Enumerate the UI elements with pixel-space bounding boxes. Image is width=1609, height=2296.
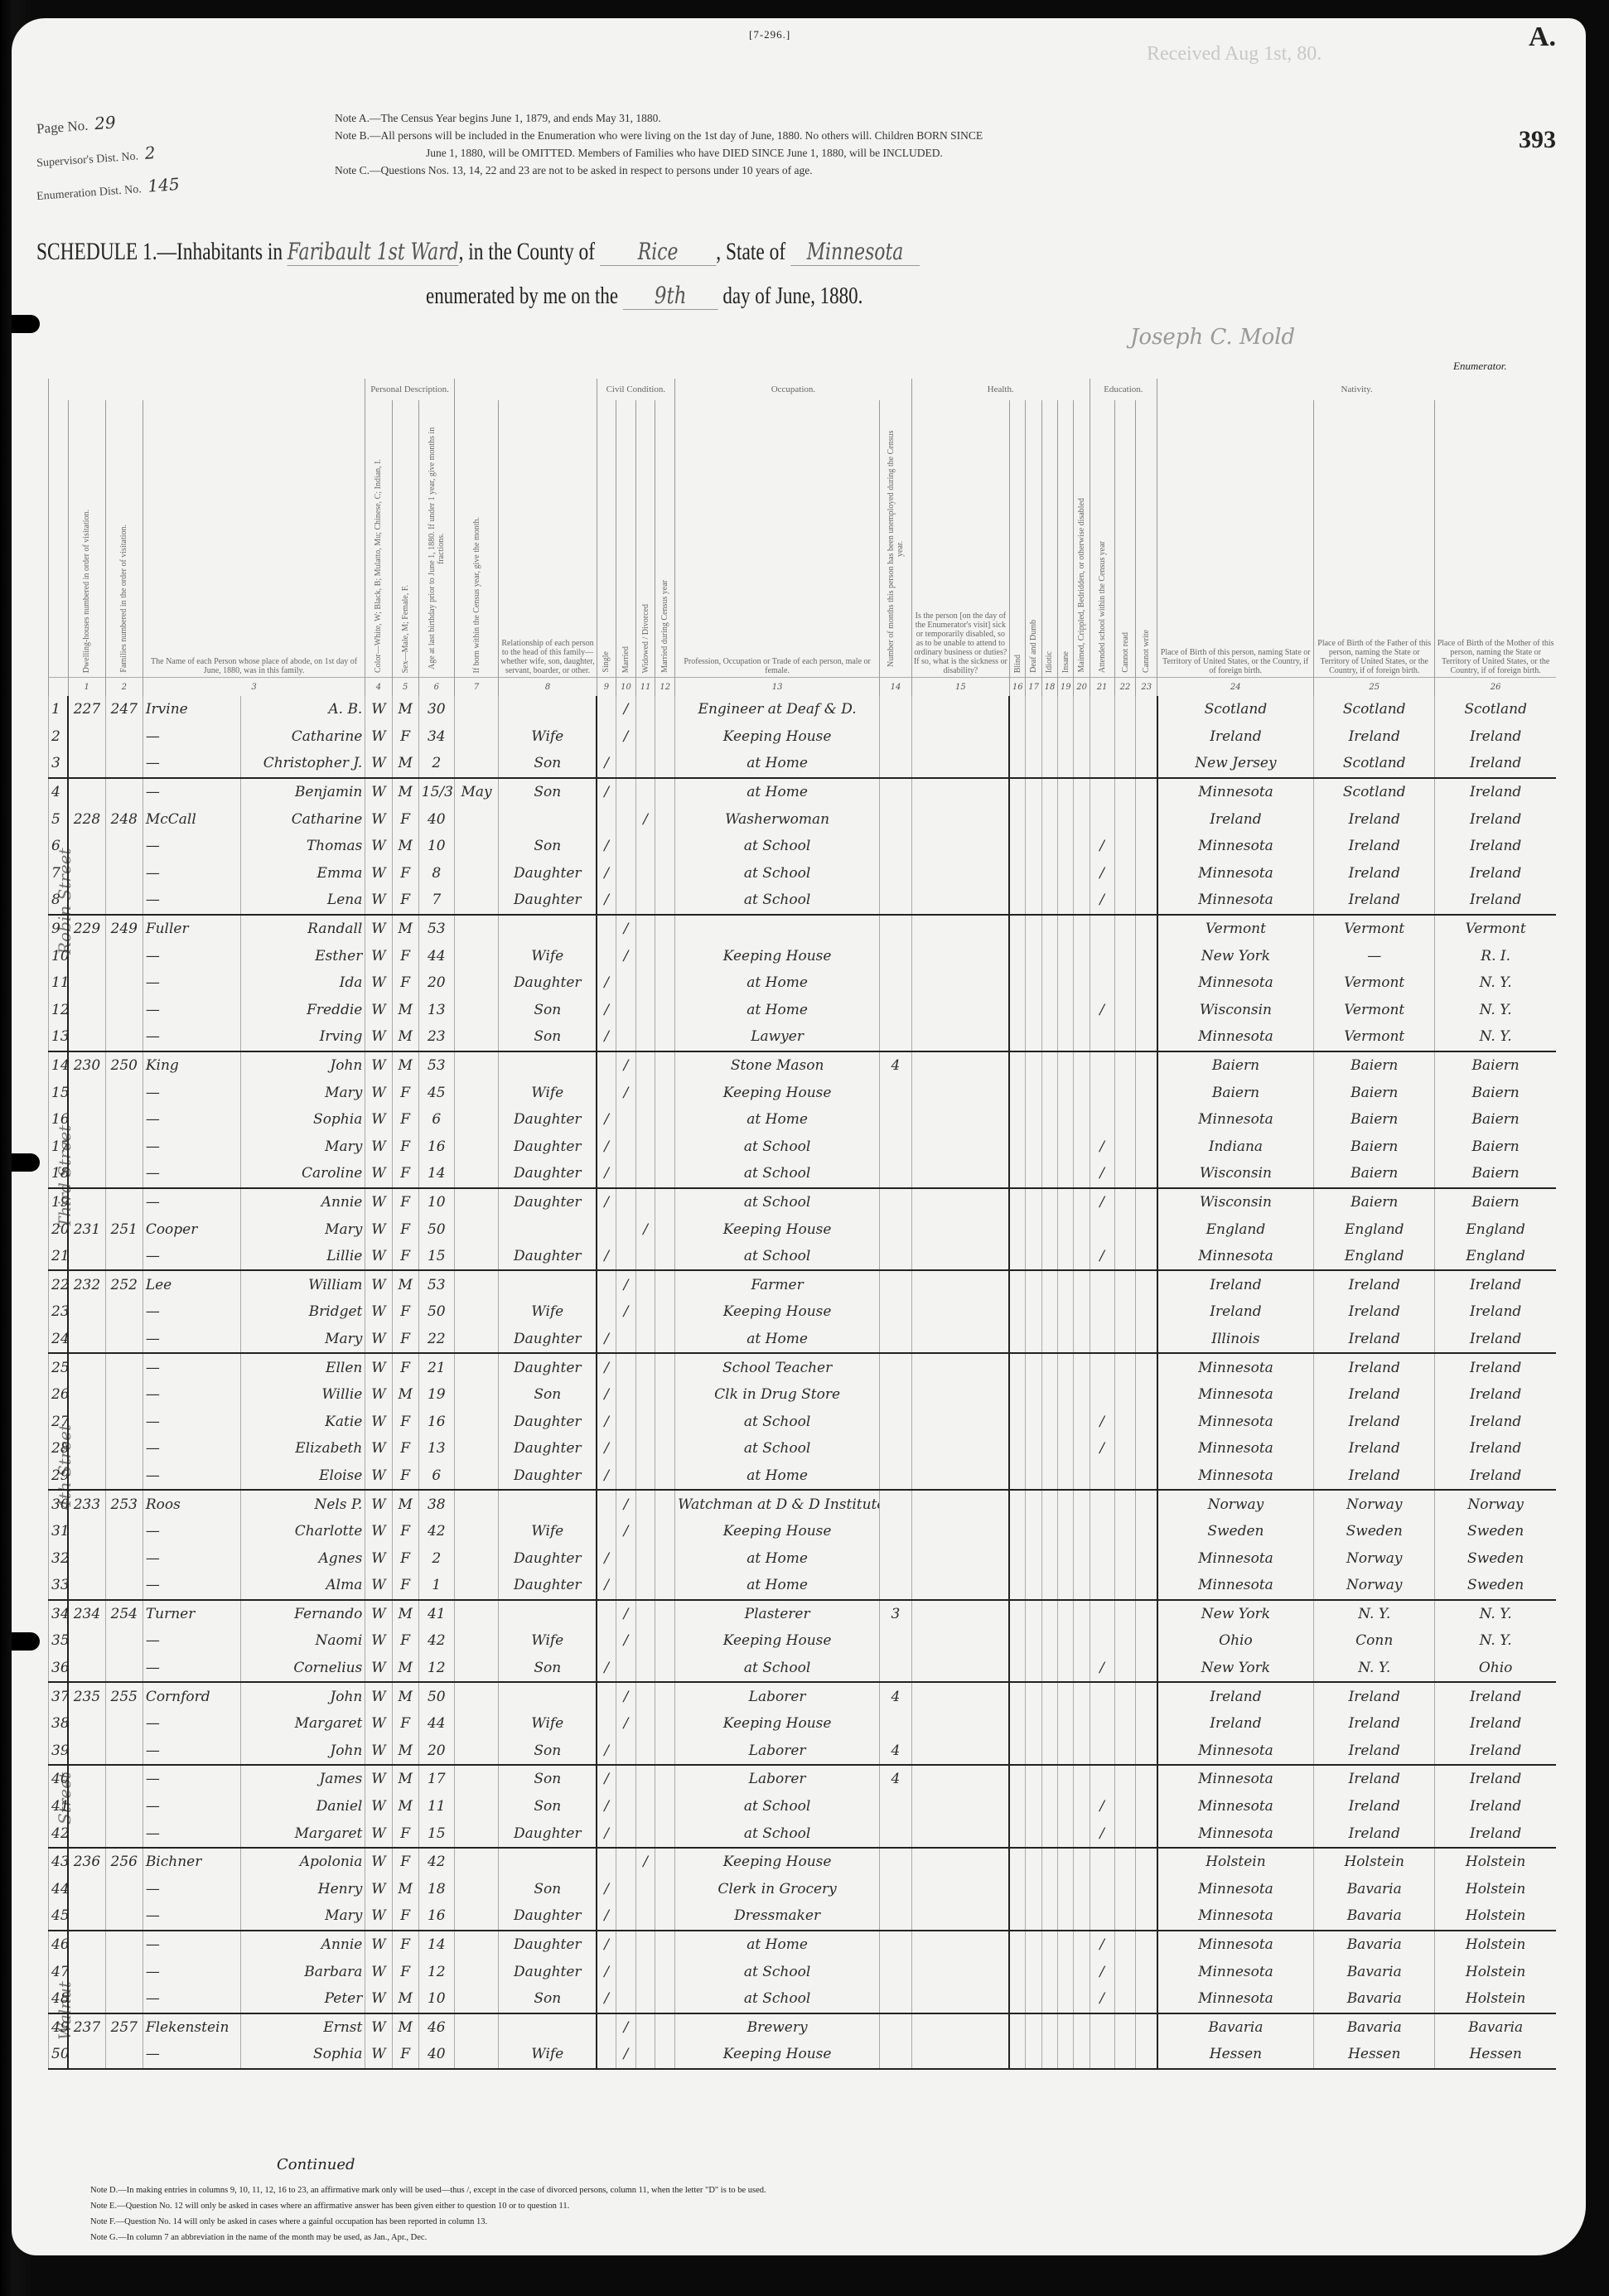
cell-relation: Daughter [499,1133,597,1161]
cell-empty [911,1876,1009,1903]
cell-empty [1136,1793,1157,1820]
cell-empty [655,1160,675,1188]
cell-single: / [597,1876,616,1903]
cell-surname: — [143,2041,240,2069]
cell-occupation: at Home [675,1326,880,1354]
cell-single: / [597,1023,616,1051]
cell-empty [1009,1902,1025,1931]
cell-empty [1114,1793,1136,1820]
cell-empty [1074,1490,1090,1518]
cell-empty [1136,1462,1157,1491]
cell-dwelling: 229 [68,915,105,943]
cell-empty [1026,1106,1041,1133]
cell-empty [655,833,675,860]
cell-father: Ireland [1314,1381,1435,1409]
cell-empty [1026,1738,1041,1766]
cell-married [616,1326,636,1354]
cell-mother: N. Y. [1435,969,1556,997]
column-header-19: Insane [1057,400,1073,678]
cell-empty [1114,1353,1136,1381]
table-row: 6—ThomasWM10Son/at School/MinnesotaIrela… [49,833,1557,860]
cell-father: Ireland [1314,723,1435,751]
cell-line: 34 [49,1600,69,1628]
column-number-22: 22 [1114,678,1136,697]
cell-relation: Daughter [499,1188,597,1216]
cell-line: 21 [49,1243,69,1271]
cell-line: 45 [49,1902,69,1931]
cell-empty [1136,1572,1157,1600]
cell-empty [655,1682,675,1710]
cell-empty [1057,1079,1073,1106]
cell-color: W [365,1820,392,1848]
cell-empty [1057,833,1073,860]
cell-mother: Norway [1435,1490,1556,1518]
cell-month [454,1408,499,1435]
cell-sex: F [392,723,418,751]
cell-dwelling: 231 [68,1216,105,1243]
cell-widowed [635,1408,655,1435]
cell-line: 22 [49,1270,69,1298]
cell-mother: Ireland [1435,1381,1556,1409]
cell-school [1090,1765,1114,1793]
cell-age: 40 [418,805,454,833]
cell-sex: F [392,1243,418,1271]
cell-family [105,1023,143,1051]
cell-unemployed [880,1490,912,1518]
cell-relation: Son [499,1765,597,1793]
column-header-23: Cannot write [1136,400,1157,678]
cell-relation [499,805,597,833]
cell-birth: Minnesota [1157,778,1314,806]
cell-month [454,1518,499,1545]
cell-occupation: Washerwoman [675,805,880,833]
cell-empty [1041,696,1057,723]
cell-month [454,1902,499,1931]
cell-birth: Ireland [1157,1298,1314,1326]
cell-married: / [616,1600,636,1628]
cell-empty [1009,833,1025,860]
cell-father: Norway [1314,1572,1435,1600]
cell-school [1090,1600,1114,1628]
cell-surname: — [143,860,240,887]
cell-month [454,696,499,723]
cell-birth: Ireland [1157,1682,1314,1710]
cell-relation: Daughter [499,1958,597,1985]
cell-given: Elizabeth [240,1435,365,1462]
cell-single: / [597,1902,616,1931]
column-number-24: 24 [1157,678,1314,697]
cell-school [1090,1270,1114,1298]
cell-empty [1074,1188,1090,1216]
table-row: 15—MaryWF45Wife/Keeping HouseBaiernBaier… [49,1079,1557,1106]
cell-age: 42 [418,1518,454,1545]
cell-single [597,696,616,723]
cell-birth: Minnesota [1157,1820,1314,1848]
cell-line: 19 [49,1188,69,1216]
cell-line: 2 [49,723,69,751]
cell-unemployed [880,1216,912,1243]
cell-unemployed [880,1435,912,1462]
cell-birth: Scotland [1157,696,1314,723]
cell-month [454,1820,499,1848]
cell-month [454,1490,499,1518]
cell-sex: M [392,1023,418,1051]
cell-married [616,1023,636,1051]
column-header-1: Dwelling-houses numbered in order of vis… [68,400,105,678]
cell-line: 33 [49,1572,69,1600]
cell-widowed [635,1985,655,2013]
cell-sex: F [392,1931,418,1959]
cell-relation: Son [499,1738,597,1766]
cell-surname: — [143,1160,240,1188]
cell-empty [1057,1518,1073,1545]
cell-empty [1057,778,1073,806]
cell-month [454,1682,499,1710]
cell-school [1090,969,1114,997]
cell-empty [1041,1270,1057,1298]
cell-occupation: Lawyer [675,1023,880,1051]
cell-color: W [365,1408,392,1435]
cell-empty [1041,997,1057,1024]
cell-empty [1026,1793,1041,1820]
cell-empty [1074,1133,1090,1161]
cell-empty [1136,1820,1157,1848]
cell-single: / [597,1435,616,1462]
cell-empty [1114,1902,1136,1931]
cell-empty [1074,1381,1090,1409]
cell-empty [655,1079,675,1106]
cell-empty [655,1353,675,1381]
cell-married: / [616,1079,636,1106]
cell-empty [1057,1600,1073,1628]
cell-dwelling: 234 [68,1600,105,1628]
cell-dwelling [68,1106,105,1133]
cell-mother: Bavaria [1435,2013,1556,2042]
cell-age: 53 [418,915,454,943]
cell-widowed [635,1765,655,1793]
cell-empty [1009,1216,1025,1243]
cell-age: 6 [418,1462,454,1491]
cell-married [616,1408,636,1435]
supervisor-dist-value: 2 [144,143,156,163]
cell-occupation: Keeping House [675,1298,880,1326]
cell-widowed: / [635,1216,655,1243]
enumeration-dist: Enumeration Dist. No.145 [36,174,180,204]
cell-single [597,723,616,751]
cell-surname: — [143,1326,240,1354]
cell-family [105,1188,143,1216]
cell-given: Ida [240,969,365,997]
cell-empty [1026,942,1041,969]
cell-widowed: / [635,805,655,833]
column-header-14: Number of months this person has been un… [880,400,912,678]
cell-widowed [635,778,655,806]
cell-widowed [635,750,655,778]
cell-widowed: / [635,1848,655,1876]
cell-sex: M [392,1655,418,1683]
cell-school: / [1090,1820,1114,1848]
cell-empty [1041,778,1057,806]
cell-father: Ireland [1314,1462,1435,1491]
cell-age: 42 [418,1627,454,1655]
column-header-26: Place of Birth of the Mother of this per… [1435,400,1556,678]
cell-relation: Wife [499,723,597,751]
cell-surname: — [143,1106,240,1133]
cell-surname: Flekenstein [143,2013,240,2042]
cell-empty [655,2013,675,2042]
cell-color: W [365,1435,392,1462]
cell-single: / [597,750,616,778]
cell-empty [1114,2041,1136,2069]
cell-empty [1114,1270,1136,1298]
cell-color: W [365,942,392,969]
cell-mother: Ireland [1435,778,1556,806]
cell-empty [1114,1435,1136,1462]
cell-dwelling [68,1188,105,1216]
cell-month [454,1079,499,1106]
cell-school [1090,1682,1114,1710]
cell-dwelling [68,860,105,887]
cell-empty [1026,1902,1041,1931]
cell-empty [1041,860,1057,887]
cell-empty [1026,969,1041,997]
cell-mother: Baiern [1435,1188,1556,1216]
cell-empty [1009,1710,1025,1738]
cell-married: / [616,1627,636,1655]
cell-empty [1009,1298,1025,1326]
cell-empty [1057,860,1073,887]
cell-empty [1057,1106,1073,1133]
cell-month [454,887,499,915]
cell-relation [499,1051,597,1080]
cell-given: Margaret [240,1710,365,1738]
cell-surname: — [143,887,240,915]
cell-color: W [365,1793,392,1820]
cell-sex: F [392,1902,418,1931]
cell-occupation: at School [675,860,880,887]
cell-unemployed [880,1820,912,1848]
cell-empty [1114,1765,1136,1793]
cell-married [616,1544,636,1572]
cell-unemployed [880,1023,912,1051]
cell-father: Ireland [1314,1353,1435,1381]
cell-month [454,1848,499,1876]
cell-empty [655,942,675,969]
cell-unemployed [880,1931,912,1959]
cell-birth: Ohio [1157,1627,1314,1655]
cell-occupation: at School [675,1820,880,1848]
cell-empty [911,1985,1009,2013]
cell-empty [911,2041,1009,2069]
cell-dwelling [68,997,105,1024]
cell-unemployed [880,1133,912,1161]
cell-empty [1041,1298,1057,1326]
column-number-4: 4 [365,678,392,697]
cell-empty [1114,1023,1136,1051]
cell-father: Bavaria [1314,1931,1435,1959]
cell-empty [1026,1572,1041,1600]
cell-line: 5 [49,805,69,833]
cell-given: Caroline [240,1160,365,1188]
cell-empty [1057,2041,1073,2069]
cell-mother: Ireland [1435,1326,1556,1354]
cell-empty [1026,1682,1041,1710]
cell-empty [1057,1710,1073,1738]
table-row: 25—EllenWF21Daughter/School TeacherMinne… [49,1353,1557,1381]
cell-married: / [616,942,636,969]
cell-given: Cornelius [240,1655,365,1683]
cell-mother: Sweden [1435,1518,1556,1545]
table-row: 4—BenjaminWM15/30MaySon/at HomeMinnesota… [49,778,1557,806]
cell-relation: Daughter [499,1931,597,1959]
cell-unemployed [880,915,912,943]
cell-father: Ireland [1314,860,1435,887]
cell-birth: Bavaria [1157,2013,1314,2042]
cell-married: / [616,1490,636,1518]
cell-unemployed [880,1298,912,1326]
table-row: 22232252LeeWilliamWM53/FarmerIrelandIrel… [49,1270,1557,1298]
cell-single [597,1490,616,1518]
cell-empty [1009,1682,1025,1710]
cell-empty [911,969,1009,997]
cell-father: Ireland [1314,1765,1435,1793]
cell-surname: — [143,1655,240,1683]
cell-dwelling [68,1627,105,1655]
sheet-letter: A. [1529,22,1556,53]
note-c: Note C.—Questions Nos. 13, 14, 22 and 23… [335,162,983,179]
cell-occupation: at School [675,1435,880,1462]
table-row: 13—IrvingWM23Son/LawyerMinnesotaVermontN… [49,1023,1557,1051]
cell-empty [1041,750,1057,778]
cell-empty [1026,1160,1041,1188]
cell-empty [1057,1216,1073,1243]
cell-married [616,1572,636,1600]
cell-married [616,805,636,833]
census-table-wrap: Personal Description. Civil Condition. O… [48,379,1556,2070]
cell-empty [1009,969,1025,997]
cell-empty [655,696,675,723]
cell-school [1090,1710,1114,1738]
cell-given: Peter [240,1985,365,2013]
cell-occupation: at School [675,1655,880,1683]
cell-empty [1041,1655,1057,1683]
cell-month [454,969,499,997]
cell-unemployed [880,1408,912,1435]
cell-empty [655,750,675,778]
cell-empty [1136,750,1157,778]
cell-empty [1009,1243,1025,1271]
cell-empty [1136,1381,1157,1409]
cell-single: / [597,1353,616,1381]
cell-school: / [1090,1793,1114,1820]
cell-given: A. B. [240,696,365,723]
cell-empty [1009,1544,1025,1572]
table-row: 30233253RoosNels P.WM38/Watchman at D & … [49,1490,1557,1518]
cell-empty [1057,969,1073,997]
cell-relation [499,1848,597,1876]
cell-age: 40 [418,2041,454,2069]
column-header-13: Profession, Occupation or Trade of each … [675,400,880,678]
enumeration-day: 9th [623,282,718,310]
cell-empty [911,1490,1009,1518]
cell-family [105,887,143,915]
cell-given: Eloise [240,1462,365,1491]
cell-month [454,1600,499,1628]
cell-color: W [365,723,392,751]
cell-family [105,1738,143,1766]
cell-line: 3 [49,750,69,778]
cell-occupation: at School [675,1160,880,1188]
cell-unemployed [880,1353,912,1381]
cell-relation: Wife [499,1627,597,1655]
cell-dwelling [68,1820,105,1848]
cell-family [105,969,143,997]
cell-surname: — [143,1738,240,1766]
cell-birth: Minnesota [1157,969,1314,997]
cell-family [105,1710,143,1738]
cell-month [454,1765,499,1793]
cell-age: 46 [418,2013,454,2042]
cell-empty [1009,1518,1025,1545]
cell-surname: — [143,1133,240,1161]
page-no-value: 29 [94,112,116,133]
cell-empty [1136,1655,1157,1683]
cell-occupation: Plasterer [675,1600,880,1628]
cell-family: 254 [105,1600,143,1628]
cell-relation: Son [499,833,597,860]
cell-single: / [597,1820,616,1848]
cell-school [1090,778,1114,806]
cell-sex: M [392,696,418,723]
cell-birth: Minnesota [1157,1544,1314,1572]
cell-empty [911,1462,1009,1491]
cell-single [597,1848,616,1876]
table-row: 16—SophiaWF6Daughter/at HomeMinnesotaBai… [49,1106,1557,1133]
cell-empty [1041,1958,1057,1985]
cell-dwelling: 235 [68,1682,105,1710]
cell-empty [1136,723,1157,751]
enumeration-dist-value: 145 [147,174,181,196]
column-header-22: Cannot read [1114,400,1136,678]
cell-given: Margaret [240,1820,365,1848]
cell-empty [1026,696,1041,723]
cell-family: 257 [105,2013,143,2042]
cell-married [616,1353,636,1381]
cell-unemployed [880,1793,912,1820]
cell-empty [1057,1876,1073,1903]
cell-single: / [597,860,616,887]
cell-occupation: Keeping House [675,723,880,751]
table-row: 27—KatieWF16Daughter/at School/Minnesota… [49,1408,1557,1435]
cell-empty [911,1793,1009,1820]
group-health: Health. [911,379,1090,400]
cell-father: Ireland [1314,1682,1435,1710]
cell-empty [1074,1931,1090,1959]
cell-relation [499,1490,597,1518]
cell-empty [1041,969,1057,997]
cell-empty [1114,969,1136,997]
cell-married [616,969,636,997]
cell-married [616,750,636,778]
table-row: 2—CatharineWF34Wife/Keeping HouseIreland… [49,723,1557,751]
column-number-7: 7 [454,678,499,697]
column-header-12: Married during Census year [655,400,675,678]
cell-empty [1026,833,1041,860]
cell-color: W [365,887,392,915]
cell-empty [1041,1051,1057,1080]
cell-age: 44 [418,942,454,969]
cell-empty [1136,696,1157,723]
